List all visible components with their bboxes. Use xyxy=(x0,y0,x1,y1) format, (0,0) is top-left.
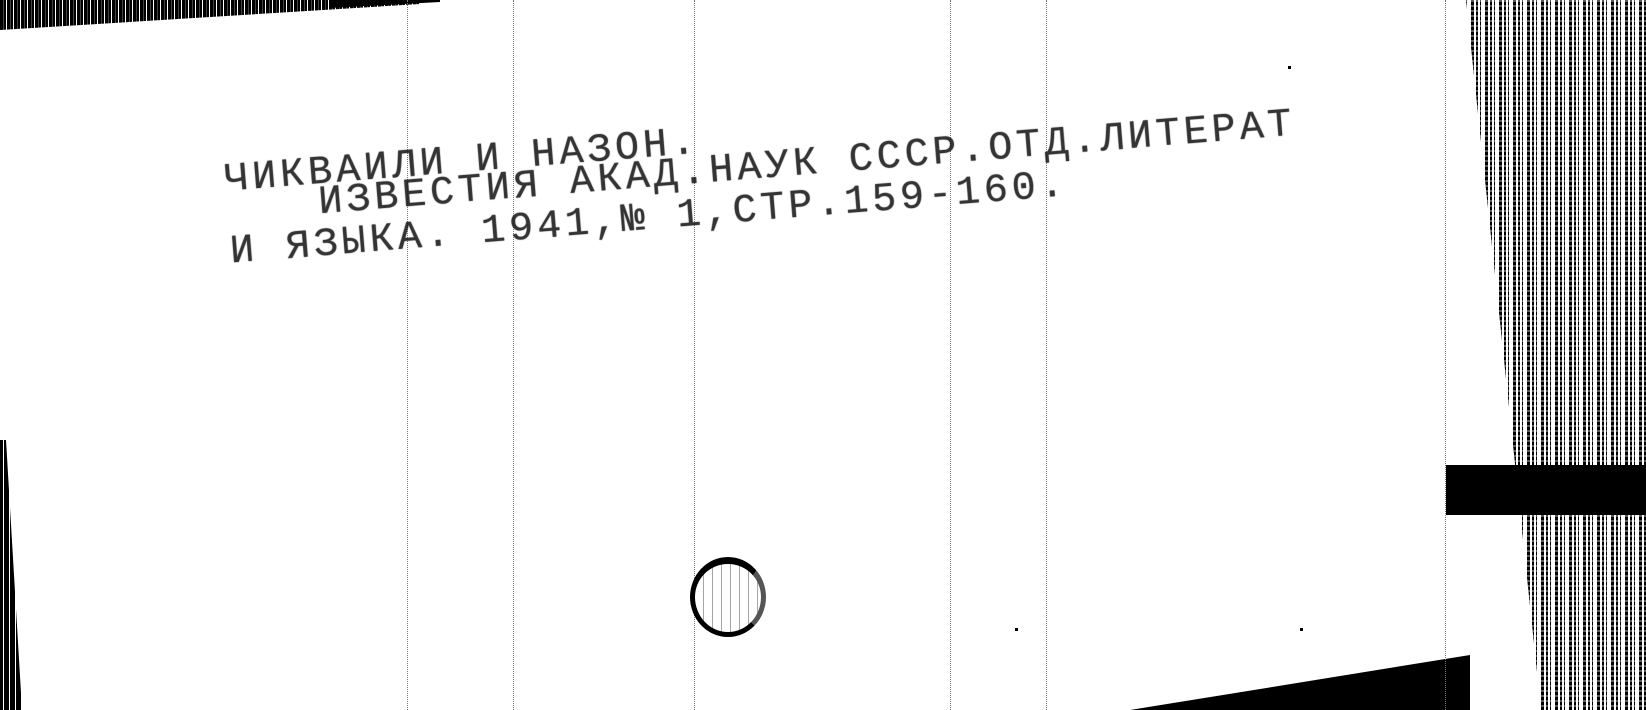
dust-speck xyxy=(1015,628,1018,631)
scan-edge-top-fragment xyxy=(330,0,440,8)
scan-dark-band xyxy=(1446,465,1646,515)
dust-speck xyxy=(1300,628,1303,631)
dust-speck xyxy=(1288,66,1291,69)
catalogue-card-text: ЧИКВАИЛИ И НАЗОН. ИЗВЕСТИЯ АКАД.НАУК ССС… xyxy=(218,96,287,260)
guide-line xyxy=(950,0,951,710)
guide-line xyxy=(513,0,514,710)
guide-line xyxy=(1445,0,1446,710)
scan-edge-left xyxy=(0,440,22,710)
guide-line xyxy=(407,0,408,710)
scan-edge-right xyxy=(1406,0,1646,710)
punch-hole xyxy=(690,557,766,637)
guide-line xyxy=(1046,0,1047,710)
scan-edge-bottom xyxy=(1130,655,1470,710)
